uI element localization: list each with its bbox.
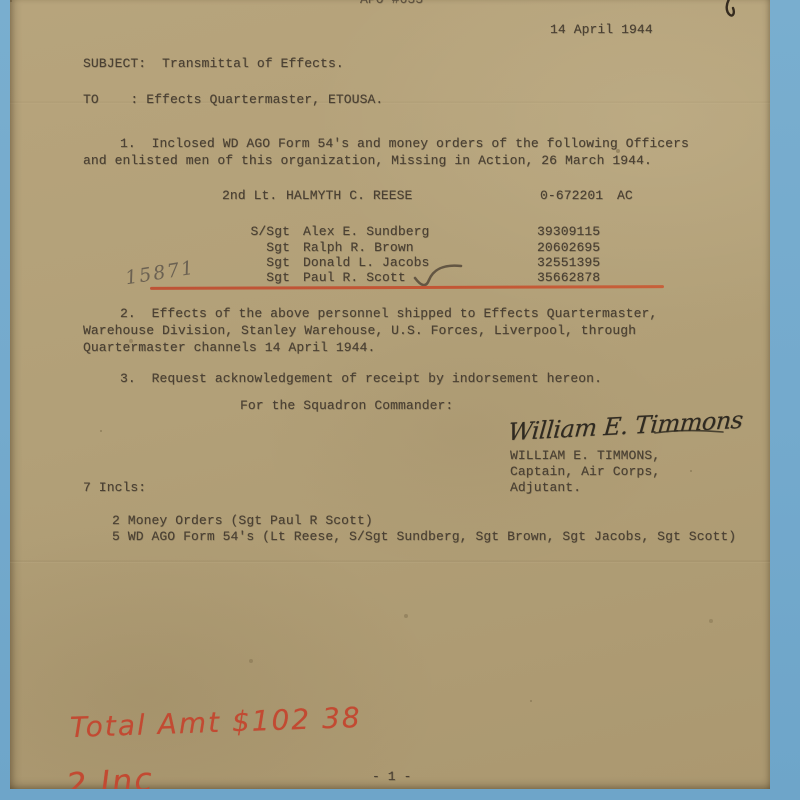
to-line: TO : Effects Quartermaster, ETOUSA. — [83, 92, 383, 107]
handwritten-signature: William E. Timmons — [507, 406, 744, 446]
roster-rank: Sgt — [210, 270, 290, 285]
pencil-number-annotation: 15871 — [124, 257, 197, 290]
officer-branch: AC — [617, 188, 633, 203]
paragraph-2-line-2: Warehouse Division, Stanley Warehouse, U… — [83, 323, 636, 338]
roster-rank: Sgt — [210, 255, 290, 270]
roster-name: Ralph R. Brown — [303, 240, 414, 255]
red-underline — [150, 285, 664, 290]
roster-serial: 32551395 — [537, 255, 600, 270]
paragraph-1-line-2: and enlisted men of this organization, M… — [83, 153, 652, 168]
roster-name: Paul R. Scott — [303, 270, 406, 285]
officer-serial: 0-672201 — [540, 188, 603, 203]
subject-line: SUBJECT: Transmittal of Effects. — [83, 56, 344, 71]
paragraph-1-line-1: 1. Inclosed WD AGO Form 54's and money o… — [120, 136, 689, 151]
authority-line: For the Squadron Commander: — [240, 398, 453, 413]
paragraph-2-line-3: Quartermaster channels 14 April 1944. — [83, 340, 375, 355]
document-paper: APO #633 14 April 1944 SUBJECT: Transmit… — [10, 0, 770, 789]
page-number: - 1 - — [372, 769, 412, 784]
roster-rank: Sgt — [210, 240, 290, 255]
date-line: 14 April 1944 — [550, 22, 653, 37]
red-fragment-annotation: 2 Inc — [65, 760, 155, 789]
signed-name: WILLIAM E. TIMMONS, — [510, 448, 660, 463]
signed-title-2: Adjutant. — [510, 480, 581, 495]
to-label: TO — [83, 92, 99, 107]
subject-value: Transmittal of Effects. — [162, 56, 344, 71]
to-value: Effects Quartermaster, ETOUSA. — [146, 92, 383, 107]
inclosure-line-2: 5 WD AGO Form 54's (Lt Reese, S/Sgt Sund… — [112, 529, 736, 544]
signature-tail-stroke — [655, 428, 725, 436]
letterhead-apo-line: APO #633 — [360, 0, 423, 7]
paper-specks — [10, 0, 12, 2]
pen-mark — [715, 0, 745, 20]
subject-label: SUBJECT: — [83, 56, 146, 71]
subject-spacer — [146, 56, 162, 71]
scanned-document-page: { "document": { "apo_line": "APO #633", … — [0, 0, 800, 800]
paragraph-3: 3. Request acknowledgement of receipt by… — [120, 371, 602, 386]
roster-rank: S/Sgt — [210, 224, 290, 239]
paragraph-2-line-1: 2. Effects of the above personnel shippe… — [120, 306, 657, 321]
signed-title-1: Captain, Air Corps, — [510, 464, 660, 479]
red-total-annotation: Total Amt $102 38 — [70, 701, 363, 744]
inclosures-label: 7 Incls: — [83, 480, 146, 495]
roster-name: Alex E. Sundberg — [303, 224, 429, 239]
officer-name: HALMYTH C. REESE — [286, 188, 412, 203]
paper-crease — [10, 560, 770, 563]
roster-serial: 20602695 — [537, 240, 600, 255]
to-spacer — [99, 92, 131, 107]
roster-name: Donald L. Jacobs — [303, 255, 429, 270]
officer-rank: 2nd Lt. — [222, 188, 277, 203]
inclosure-line-1: 2 Money Orders (Sgt Paul R Scott) — [112, 513, 373, 528]
roster-serial: 35662878 — [537, 270, 600, 285]
roster-serial: 39309115 — [537, 224, 600, 239]
